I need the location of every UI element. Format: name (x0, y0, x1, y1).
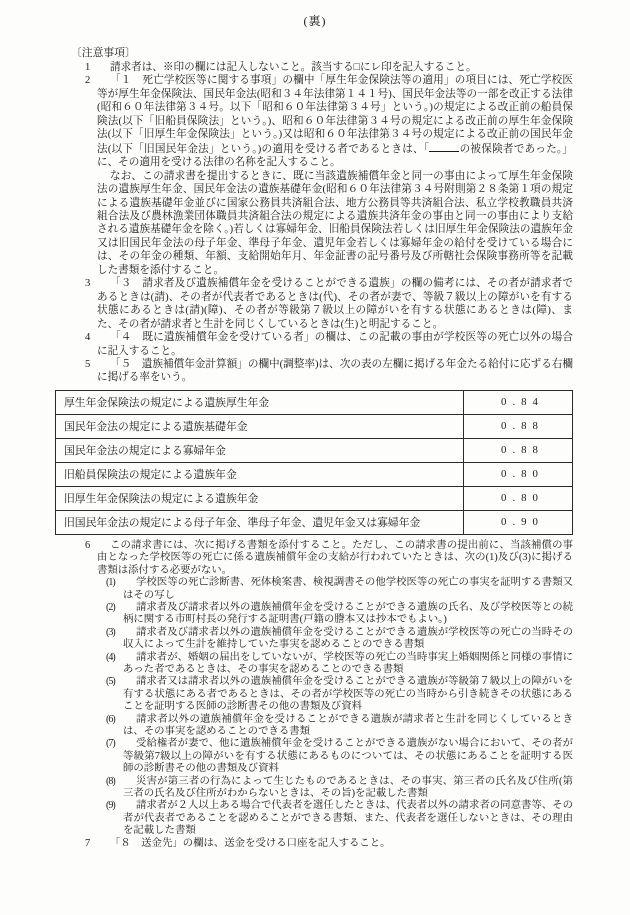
attachment-text-1: 学校医等の死亡診断書、死体検案書、検視調書その他学校医等の死亡の事実を証明する書… (123, 577, 573, 602)
pension-type-cell: 旧国民年金法の規定による母子年金、準母子年金、遺児年金又は寡婦年金 (56, 510, 464, 534)
pension-type-cell: 旧厚生年金保険法の規定による遺族年金 (56, 486, 464, 510)
attachment-item-2: (2) 請求者及び請求者以外の遺族補償年金を受けることができる遺族の氏名、及び学… (123, 602, 573, 627)
note-item-5: 5 「５ 遺族補償年金計算額」の欄中(調整率)は、次の表の左欄に掲げる年金たる給… (97, 358, 573, 385)
attachment-text-9: 請求者が２人以上ある場合で代表者を選任したときは、代表者以外の請求者の同意書等、… (123, 800, 573, 837)
rate-value-cell: 0.88 (464, 414, 573, 438)
pension-type-cell: 国民年金法の規定による遺族基礎年金 (56, 414, 464, 438)
pension-type-cell: 厚生年金保険法の規定による遺族厚生年金 (56, 390, 464, 414)
attachment-number-4: (4) (106, 652, 115, 664)
attachment-text-4: 請求者が、婚姻の届出をしていないが、学校医等の死亡の当時事実上婚姻関係と同様の事… (123, 652, 573, 677)
attachment-text-5: 請求者又は請求者以外の遺族補償年金を受けることができる遺族が等級第７級以上の障が… (123, 676, 573, 713)
rate-value-cell: 0.80 (464, 462, 573, 486)
note-item-3: 3 「３ 請求者及び遺族補償年金を受けることができる遺族」の欄の備考には、その者… (97, 277, 573, 331)
note-item-6: 6 この請求書には、次に掲げる書類を添付すること。ただし、この請求書の提出前に、… (97, 540, 573, 838)
attachment-item-9: (9) 請求者が２人以上ある場合で代表者を選任したときは、代表者以外の請求者の同… (123, 800, 573, 837)
note-text-2-supplement: なお、この請求書を提出するときに、既に当該遺族補償年金と同一の事由によって厚生年… (97, 170, 573, 278)
attachment-number-2: (2) (106, 602, 115, 614)
notes-section: 〔注意事項〕 1 請求者は、※印の欄には記入しないこと。該当する□にレ印を記入す… (0, 46, 630, 850)
note-item-7: 7 「８ 送金先」の欄は、送金を受ける口座を記入すること。 (97, 838, 573, 850)
adjustment-rate-table: 厚生年金保険法の規定による遺族厚生年金 0.84 国民年金法の規定による遺族基礎… (55, 390, 573, 535)
attachment-item-3: (3) 請求者及び請求者以外の遺族補償年金を受けることができる遺族が学校医等の死… (123, 627, 573, 652)
note-text-6: この請求書には、次に掲げる書類を添付すること。ただし、この請求書の提出前に、当該… (97, 540, 573, 577)
attachment-text-6: 請求者以外の遺族補償年金を受けることができる遺族が請求者と生計を同じくしていると… (123, 714, 573, 739)
attachment-number-5: (5) (106, 676, 115, 688)
note-text-5: 「５ 遺族補償年金計算額」の欄中(調整率)は、次の表の左欄に掲げる年金たる給付に… (97, 358, 573, 385)
section-title: 〔注意事項〕 (71, 46, 630, 60)
table-row: 国民年金法の規定による寡婦年金 0.88 (56, 438, 573, 462)
rate-value-cell: 0.80 (464, 486, 573, 510)
adjustment-rate-table-body: 厚生年金保険法の規定による遺族厚生年金 0.84 国民年金法の規定による遺族基礎… (56, 390, 573, 534)
page-side-label: (裏) (0, 12, 630, 29)
attachment-number-8: (8) (106, 776, 115, 788)
attachment-item-6: (6) 請求者以外の遺族補償年金を受けることができる遺族が請求者と生計を同じくし… (123, 714, 573, 739)
note-text-2: 「１ 死亡学校医等に関する事項」の欄中「厚生年金保険法等の適用」の項目には、死亡… (97, 74, 573, 169)
pension-type-cell: 国民年金法の規定による寡婦年金 (56, 438, 464, 462)
note-number-2: 2 (85, 74, 90, 87)
attachment-text-3: 請求者及び請求者以外の遺族補償年金を受けることができる遺族が学校医等の死亡の当時… (123, 627, 573, 652)
note-number-5: 5 (85, 358, 90, 371)
attachment-text-2: 請求者及び請求者以外の遺族補償年金を受けることができる遺族の氏名、及び学校医等と… (123, 602, 573, 627)
note-number-7: 7 (85, 838, 90, 850)
table-row: 旧船員保険法の規定による遺族年金 0.80 (56, 462, 573, 486)
note-number-1: 1 (85, 61, 90, 74)
note-item-4: 4 「４ 既に遺族補償年金を受けている者」の欄は、この記載の事由が学校医等の死亡… (97, 331, 573, 358)
note-item-2: 2 「１ 死亡学校医等に関する事項」の欄中「厚生年金保険法等の適用」の項目には、… (97, 74, 573, 277)
attachment-number-3: (3) (106, 627, 115, 639)
table-row: 旧国民年金法の規定による母子年金、準母子年金、遺児年金又は寡婦年金 0.90 (56, 510, 573, 534)
note-text-7: 「８ 送金先」の欄は、送金を受ける口座を記入すること。 (97, 838, 573, 850)
rate-value-cell: 0.84 (464, 390, 573, 414)
attachment-number-6: (6) (106, 714, 115, 726)
attachment-item-4: (4) 請求者が、婚姻の届出をしていないが、学校医等の死亡の当時事実上婚姻関係と… (123, 652, 573, 677)
document-page: (裏) 〔注意事項〕 1 請求者は、※印の欄には記入しないこと。該当する□にレ印… (0, 0, 630, 915)
rate-value-cell: 0.88 (464, 438, 573, 462)
table-row: 旧厚生年金保険法の規定による遺族年金 0.80 (56, 486, 573, 510)
attachment-text-7: 受給権者が妻で、他に遺族補償年金を受けることができる遺族がない場合において、その… (123, 738, 573, 775)
note-text-4: 「４ 既に遺族補償年金を受けている者」の欄は、この記載の事由が学校医等の死亡以外… (97, 331, 573, 358)
attachment-number-1: (1) (106, 577, 115, 589)
rate-value-cell: 0.90 (464, 510, 573, 534)
attachment-number-9: (9) (106, 800, 115, 812)
attachment-number-7: (7) (106, 738, 115, 750)
fill-in-blank-line (429, 142, 459, 152)
note-item-1: 1 請求者は、※印の欄には記入しないこと。該当する□にレ印を記入すること。 (97, 61, 573, 74)
note-text-1: 請求者は、※印の欄には記入しないこと。該当する□にレ印を記入すること。 (97, 61, 573, 74)
attachment-item-5: (5) 請求者又は請求者以外の遺族補償年金を受けることができる遺族が等級第７級以… (123, 676, 573, 713)
note-number-6: 6 (85, 540, 90, 552)
pension-type-cell: 旧船員保険法の規定による遺族年金 (56, 462, 464, 486)
attachment-item-7: (7) 受給権者が妻で、他に遺族補償年金を受けることができる遺族がない場合におい… (123, 738, 573, 775)
note-number-3: 3 (85, 277, 90, 290)
table-row: 国民年金法の規定による遺族基礎年金 0.88 (56, 414, 573, 438)
table-row: 厚生年金保険法の規定による遺族厚生年金 0.84 (56, 390, 573, 414)
attachment-item-1: (1) 学校医等の死亡診断書、死体検案書、検視調書その他学校医等の死亡の事実を証… (123, 577, 573, 602)
attachment-item-8: (8) 災害が第三者の行為によって生じたものであるときは、その事実、第三者の氏名… (123, 776, 573, 801)
attachment-text-8: 災害が第三者の行為によって生じたものであるときは、その事実、第三者の氏名及び住所… (123, 776, 573, 801)
note-text-3: 「３ 請求者及び遺族補償年金を受けることができる遺族」の欄の備考には、その者が請… (97, 277, 573, 331)
note-number-4: 4 (85, 331, 90, 344)
